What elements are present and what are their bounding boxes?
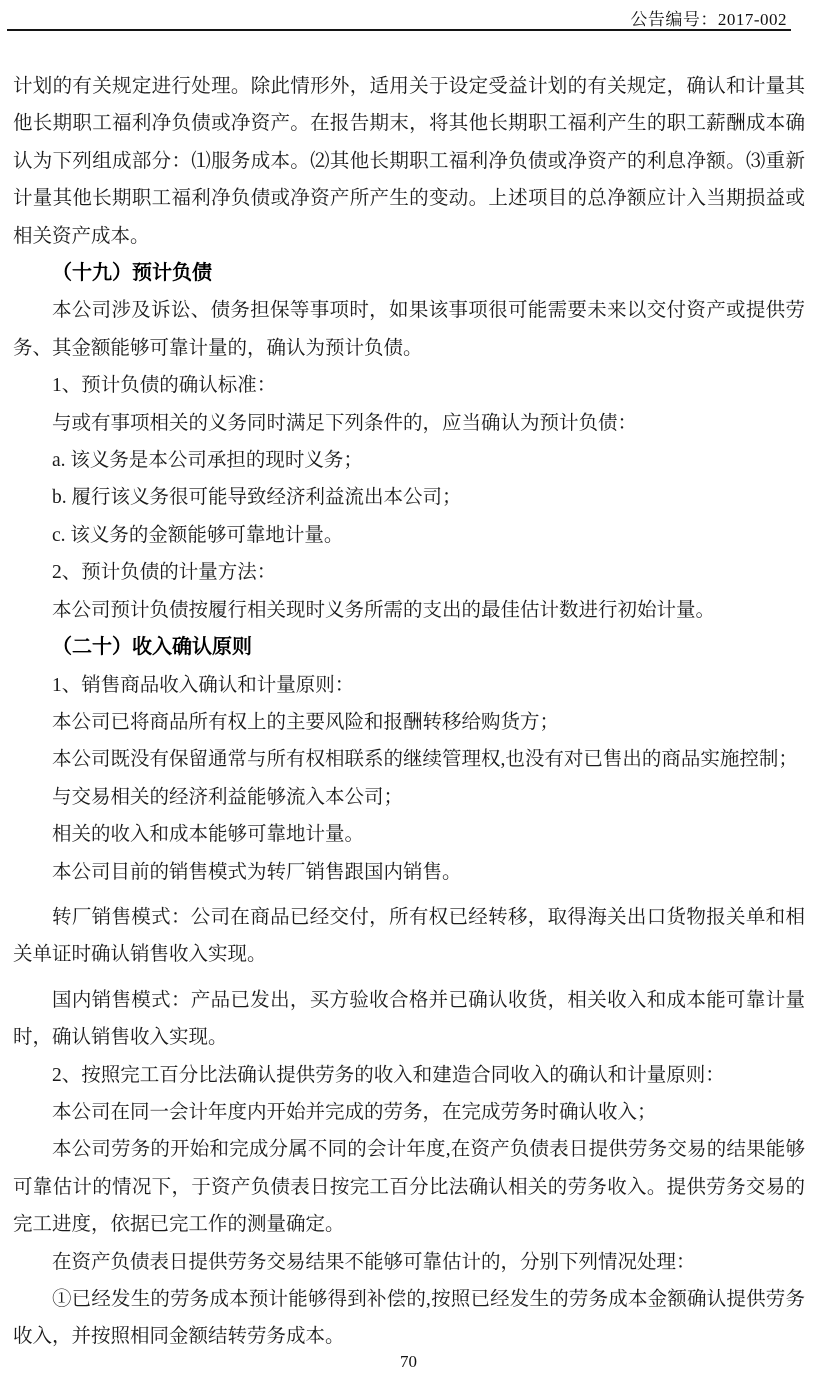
paragraph: 本公司已将商品所有权上的主要风险和报酬转移给购货方； [13, 704, 805, 741]
paragraph: 本公司目前的销售模式为转厂销售跟国内销售。 [13, 854, 805, 891]
paragraph: 转厂销售模式：公司在商品已经交付，所有权已经转移，取得海关出口货物报关单和相关单… [13, 899, 805, 974]
list-item-number: 1、销售商品收入确认和计量原则： [13, 667, 805, 704]
paragraph: 相关的收入和成本能够可靠地计量。 [13, 816, 805, 853]
list-item-letter-c: c. 该义务的金额能够可靠地计量。 [13, 517, 805, 554]
paragraph: 本公司既没有保留通常与所有权相联系的继续管理权,也没有对已售出的商品实施控制； [13, 741, 805, 778]
header-rule [7, 29, 791, 31]
page-number: 70 [0, 1352, 817, 1372]
paragraph: 在资产负债表日提供劳务交易结果不能够可靠估计的，分别下列情况处理： [13, 1244, 805, 1281]
document-body: 计划的有关规定进行处理。除此情形外，适用关于设定受益计划的有关规定，确认和计量其… [13, 68, 805, 1356]
paragraph-continuation: 计划的有关规定进行处理。除此情形外，适用关于设定受益计划的有关规定，确认和计量其… [13, 68, 805, 255]
list-item-number: 2、预计负债的计量方法： [13, 554, 805, 591]
paragraph: 国内销售模式：产品已发出，买方验收合格并已确认收货，相关收入和成本能可靠计量时，… [13, 982, 805, 1057]
paragraph: 与或有事项相关的义务同时满足下列条件的，应当确认为预计负债： [13, 405, 805, 442]
paragraph: 本公司在同一会计年度内开始并完成的劳务，在完成劳务时确认收入； [13, 1094, 805, 1131]
announcement-number: 公告编号：2017-002 [0, 5, 787, 30]
paragraph: 本公司涉及诉讼、债务担保等事项时，如果该事项很可能需要未来以交付资产或提供劳务、… [13, 292, 805, 367]
paragraph: 本公司劳务的开始和完成分属不同的会计年度,在资产负债表日提供劳务交易的结果能够可… [13, 1131, 805, 1243]
paragraph: ①已经发生的劳务成本预计能够得到补偿的,按照已经发生的劳务成本金额确认提供劳务收… [13, 1281, 805, 1356]
section-heading-20: （二十）收入确认原则 [13, 629, 805, 666]
list-item-letter-b: b. 履行该义务很可能导致经济利益流出本公司； [13, 479, 805, 516]
list-item-number: 1、预计负债的确认标准： [13, 367, 805, 404]
section-heading-19: （十九）预计负债 [13, 255, 805, 292]
document-page: 公告编号：2017-002 计划的有关规定进行处理。除此情形外，适用关于设定受益… [0, 0, 817, 1400]
paragraph: 本公司预计负债按履行相关现时义务所需的支出的最佳估计数进行初始计量。 [13, 592, 805, 629]
list-item-number: 2、按照完工百分比法确认提供劳务的收入和建造合同收入的确认和计量原则： [13, 1057, 805, 1094]
paragraph: 与交易相关的经济利益能够流入本公司； [13, 779, 805, 816]
list-item-letter-a: a. 该义务是本公司承担的现时义务； [13, 442, 805, 479]
